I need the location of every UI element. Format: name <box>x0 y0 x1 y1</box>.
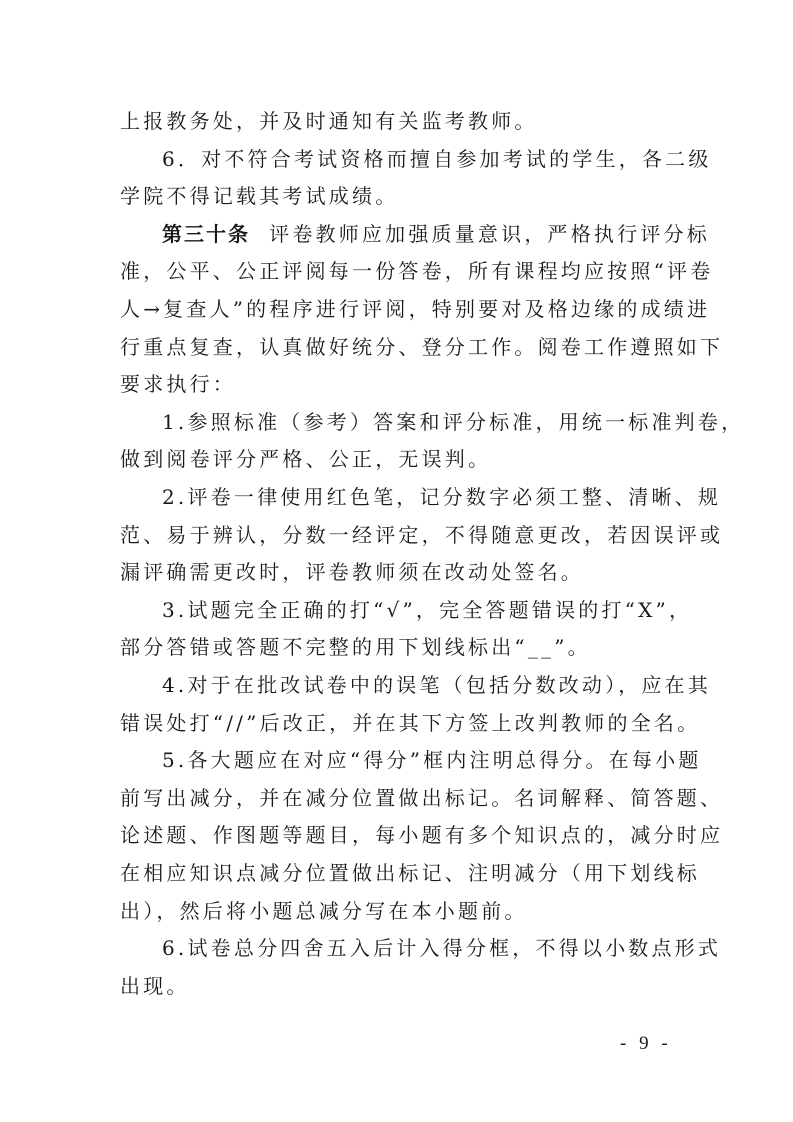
text-line: 1.参照标准（参考）答案和评分标准，用统一标准判卷， <box>162 408 680 436</box>
text-line: 错误处打“//”后改正，并在其下方签上改判教师的全名。 <box>120 709 680 737</box>
text-line: 3.试题完全正确的打“√”，完全答题错误的打“X”， <box>162 596 680 624</box>
text-line: 5.各大题应在对应“得分”框内注明总得分。在每小题 <box>162 746 680 774</box>
document-page: 上报教务处，并及时通知有关监考教师。 6．对不符合考试资格而擅自参加考试的学生，… <box>0 0 793 1122</box>
text-line: 人→复查人”的程序进行评阅，特别要对及格边缘的成绩进 <box>120 295 680 323</box>
text-line: 学院不得记载其考试成绩。 <box>120 182 680 210</box>
article-number: 第三十条 <box>162 222 250 246</box>
text-line: 6.试卷总分四舍五入后计入得分框，不得以小数点形式 <box>162 934 680 962</box>
text-line: 漏评确需更改时，评卷教师须在改动处签名。 <box>120 558 680 586</box>
text-line: 要求执行： <box>120 370 680 398</box>
text-line: 2.评卷一律使用红色笔，记分数字必须工整、清晰、规 <box>162 483 680 511</box>
text-line: 部分答错或答题不完整的用下划线标出“__”。 <box>120 633 680 661</box>
text-line: 准，公平、公正评阅每一份答卷，所有课程均应按照“评卷 <box>120 257 680 285</box>
page-number: - 9 - <box>620 1033 672 1055</box>
text-line: 出），然后将小题总减分写在本小题前。 <box>120 897 680 925</box>
article-heading-line: 第三十条 评卷教师应加强质量意识，严格执行评分标 <box>162 220 680 248</box>
text-line: 评卷教师应加强质量意识，严格执行评分标 <box>269 222 710 246</box>
text-line: 论述题、作图题等题目，每小题有多个知识点的，减分时应 <box>120 821 680 849</box>
text-line: 在相应知识点减分位置做出标记、注明减分（用下划线标 <box>120 859 680 887</box>
text-line: 范、易于辨认，分数一经评定，不得随意更改，若因误评或 <box>120 521 680 549</box>
text-line: 行重点复查，认真做好统分、登分工作。阅卷工作遵照如下 <box>120 333 680 361</box>
text-line: 上报教务处，并及时通知有关监考教师。 <box>120 107 680 135</box>
text-line: 前写出减分，并在减分位置做出标记。名词解释、简答题、 <box>120 784 680 812</box>
text-line: 出现。 <box>120 972 680 1000</box>
text-line: 做到阅卷评分严格、公正，无误判。 <box>120 445 680 473</box>
text-line: 6．对不符合考试资格而擅自参加考试的学生，各二级 <box>162 145 680 173</box>
text-line: 4.对于在批改试卷中的误笔（包括分数改动），应在其 <box>162 671 680 699</box>
